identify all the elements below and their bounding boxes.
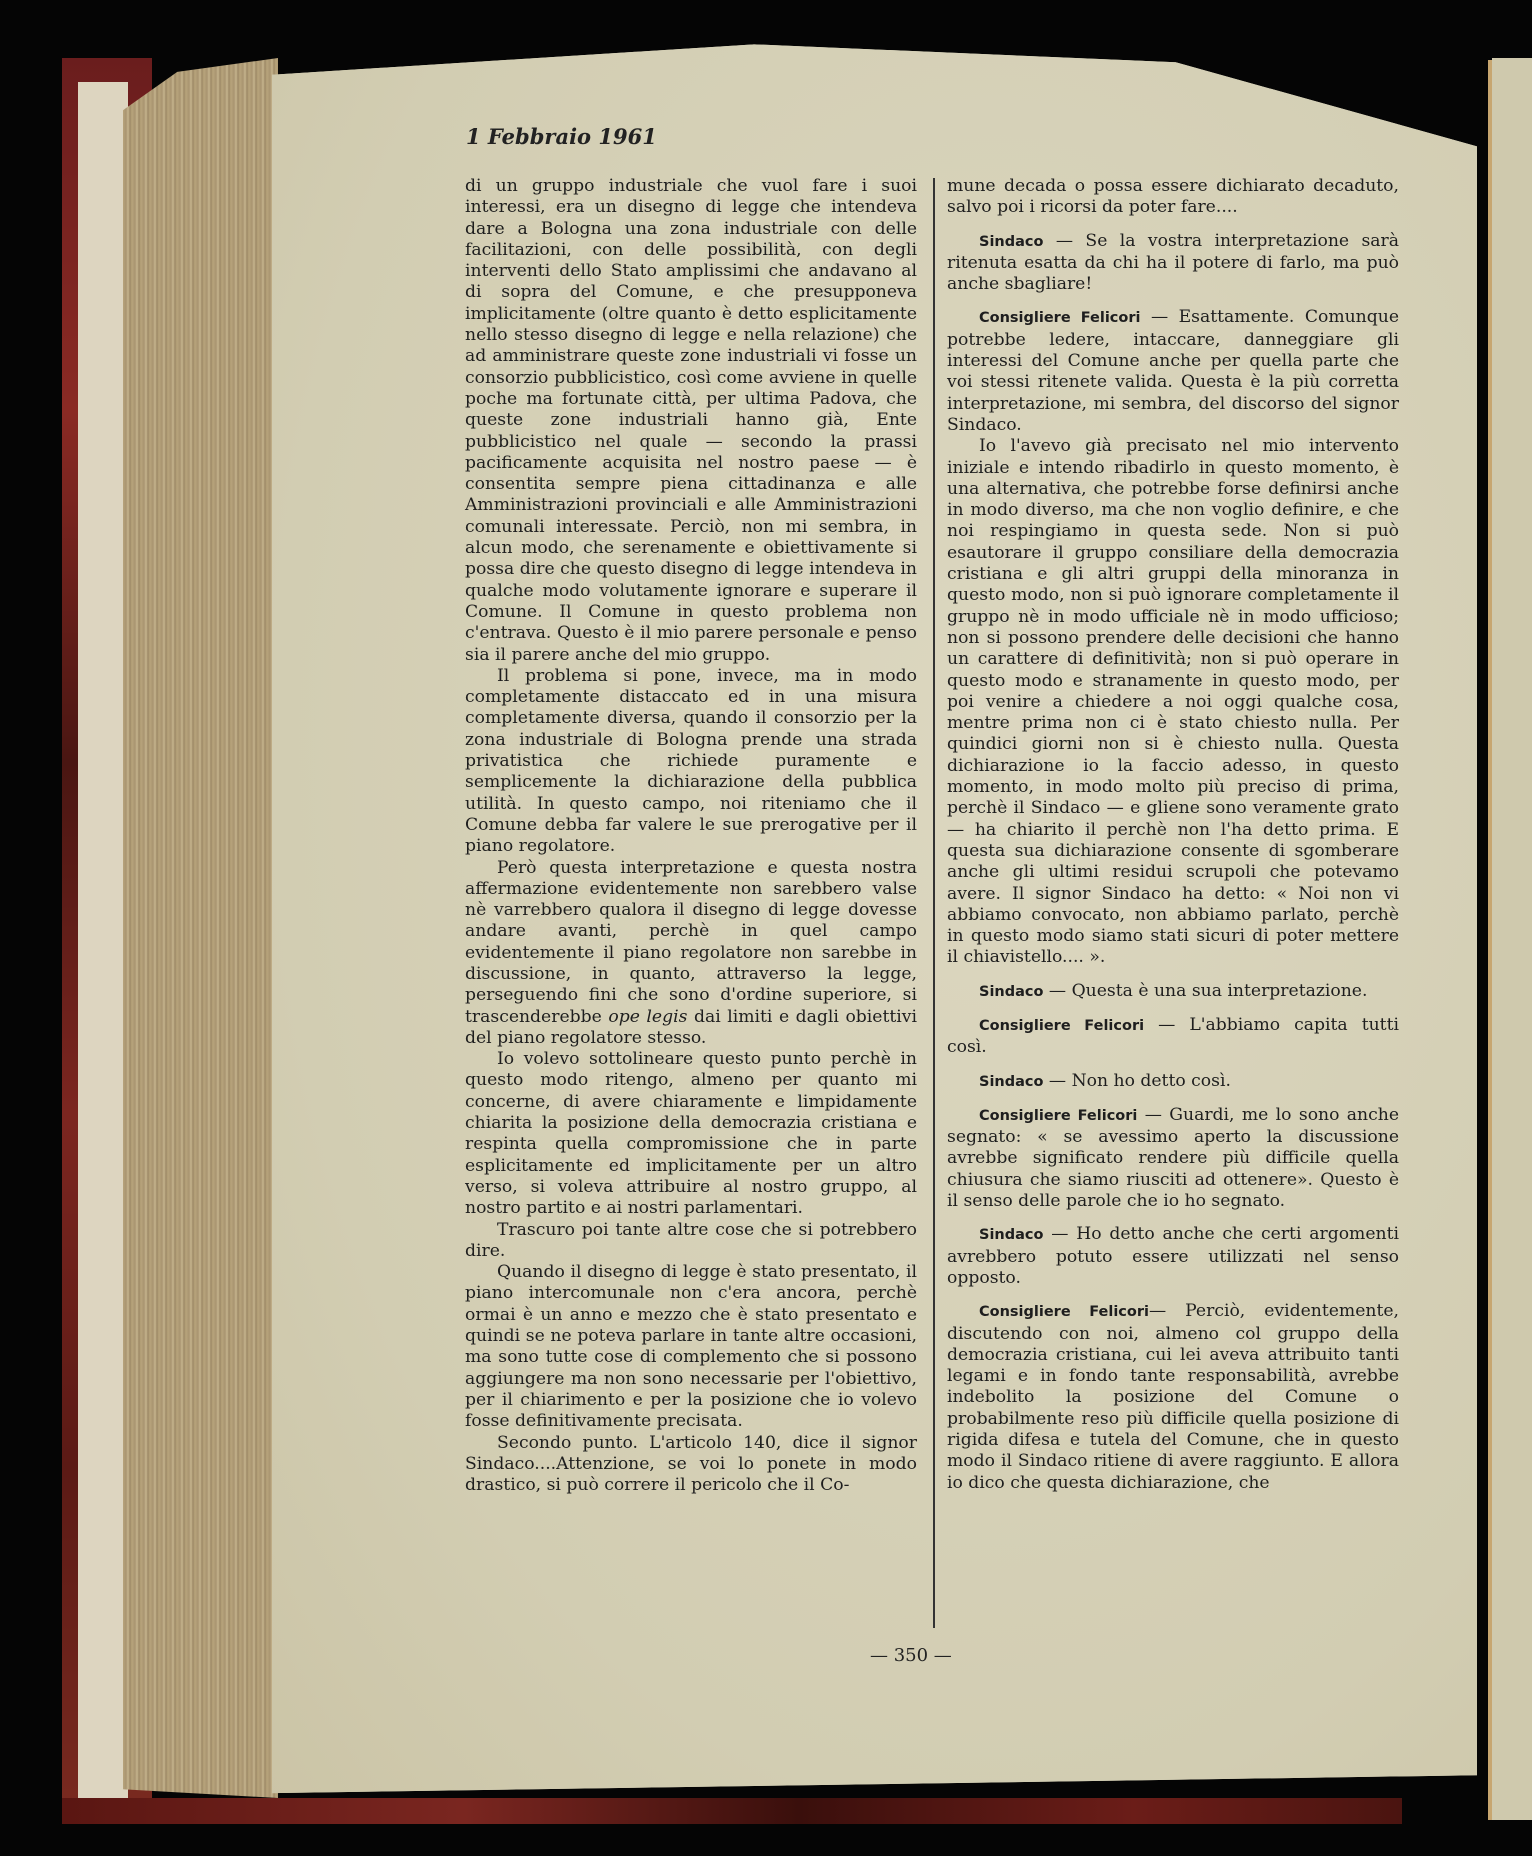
speech-sindaco: Sindaco — Se la vostra interpretazione s…: [947, 231, 1399, 296]
paragraph: Io volevo sottolineare questo punto perc…: [465, 1049, 917, 1219]
left-text-column: di un gruppo industriale che vuol fare i…: [465, 176, 917, 1496]
speaker-label: Consigliere Felicori: [979, 1108, 1137, 1124]
speaker-label: Sindaco: [979, 1074, 1043, 1090]
book-cover-bottom-edge: [62, 1798, 1402, 1824]
paragraph-text: Però questa interpretazione e questa nos…: [465, 858, 917, 1027]
speech-text: — Esattamente. Comunque potrebbe ledere,…: [947, 307, 1399, 434]
speech-continuation: Io l'avevo già precisato nel mio interve…: [947, 436, 1399, 968]
facing-page-edge: [1492, 58, 1532, 1820]
speech-sindaco: Sindaco — Questa è una sua interpretazio…: [947, 981, 1399, 1003]
speech-felicori: Consigliere Felicori — L'abbiamo capita …: [947, 1015, 1399, 1059]
speech-sindaco: Sindaco — Ho detto anche che certi argom…: [947, 1224, 1399, 1289]
right-text-column: mune decada o possa essere dichiarato de…: [947, 176, 1399, 1494]
paragraph-continuation: mune decada o possa essere dichiarato de…: [947, 176, 1399, 219]
paragraph: di un gruppo industriale che vuol fare i…: [465, 176, 917, 666]
speaker-label: Sindaco: [979, 1227, 1043, 1243]
flyleaf: [78, 82, 128, 1798]
speech-sindaco: Sindaco — Non ho detto così.: [947, 1071, 1399, 1093]
speaker-label: Consigliere Felicori: [979, 310, 1140, 326]
page-number: — 350 —: [870, 1645, 952, 1666]
speech-felicori: Consigliere Felicori— Perciò, evidenteme…: [947, 1301, 1399, 1494]
speech-text: — Perciò, evidentemente, discutendo con …: [947, 1301, 1399, 1492]
stacked-page-edges: [123, 58, 278, 1798]
speaker-label: Consigliere Felicori: [979, 1018, 1144, 1034]
column-divider: [933, 178, 935, 1628]
paragraph: Però questa interpretazione e questa nos…: [465, 858, 917, 1050]
speaker-label: Consigliere Felicori: [979, 1304, 1149, 1320]
speaker-label: Sindaco: [979, 984, 1043, 1000]
paragraph: Secondo punto. L'articolo 140, dice il s…: [465, 1433, 917, 1497]
speech-text: — Questa è una sua interpretazione.: [1043, 981, 1367, 1001]
speech-felicori: Consigliere Felicori — Esattamente. Comu…: [947, 307, 1399, 436]
running-head-date: 1 Febbraio 1961: [466, 124, 657, 149]
latin-phrase: ope legis: [608, 1007, 687, 1027]
speech-text: — Non ho detto così.: [1043, 1071, 1230, 1091]
speech-felicori: Consigliere Felicori — Guardi, me lo son…: [947, 1105, 1399, 1212]
paragraph: Quando il disegno di legge è stato prese…: [465, 1262, 917, 1432]
paragraph: Il problema si pone, invece, ma in modo …: [465, 666, 917, 858]
speaker-label: Sindaco: [979, 234, 1043, 250]
paragraph: Trascuro poi tante altre cose che si pot…: [465, 1220, 917, 1263]
